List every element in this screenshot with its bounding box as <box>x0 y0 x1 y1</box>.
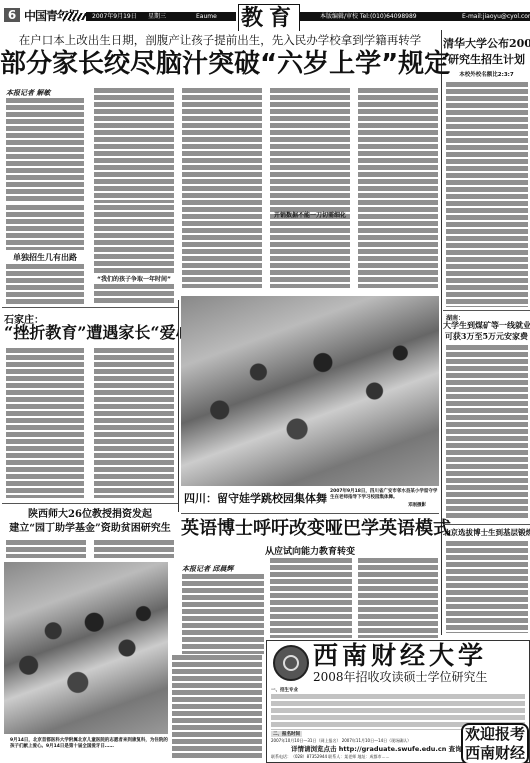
lead-subhead-4: 开销数据不能一刀切需细化 <box>270 210 350 219</box>
sichuan-photo-credit: 邓刚摄影 <box>408 502 426 510</box>
ad-contact: 联系电话：（028）87352944 联系人：某老师 地址：成都市…… <box>271 754 390 760</box>
bottom-left-photo-caption: 9月14日，北京首都医科大学附属北京儿童医院的志愿者来到康复科，为住院的孩子们献… <box>10 738 170 750</box>
editor-info: 本版编辑/审校 Tel:(010)64098989 <box>320 12 417 21</box>
university-seal-icon <box>273 645 309 681</box>
sidebar-story1-headline-2: 研究生招生计划 <box>443 52 530 67</box>
english-subhead: 从应试向能力教育转变 <box>181 544 439 557</box>
english-col-2 <box>270 558 352 638</box>
divider <box>443 524 530 525</box>
divider <box>2 503 178 504</box>
sidebar-story2-text <box>446 345 528 520</box>
lead-subhead-2: “我们的孩子争取一年时间” <box>94 274 174 283</box>
shaanxi-headline-2: 建立“园丁助学基金”资助贫困研究生 <box>2 522 178 536</box>
lead-col-4 <box>270 88 350 288</box>
sidebar-story3-headline: 北京选拔博士生到基层锻炼 <box>443 527 530 539</box>
divider <box>443 310 530 311</box>
lead-col-2c <box>94 284 174 304</box>
sidebar-story3-text <box>446 541 528 633</box>
english-col-3 <box>358 558 438 638</box>
decorative-hatch <box>62 13 86 20</box>
sidebar-story1-subhead: 本校外校名额比2:3:7 <box>443 70 530 78</box>
lead-headline: 部分家长绞尽脑汁突破“六岁上学”规定 <box>0 47 440 81</box>
issue-weekday: 星期三 <box>148 12 166 21</box>
english-headline: 英语博士呼吁改变哑巴学英语模式 <box>181 517 439 541</box>
sidebar-story2-headline-2: 可获3万至5万元安家费 <box>443 331 530 342</box>
ad-website-row: 详情请浏览点击 http://graduate.swufe.edu.cn 查询 <box>291 744 462 753</box>
lead-byline: 本报记者 解敏 <box>6 88 50 98</box>
ad-section-2: 二、报名时间 <box>271 731 302 737</box>
lead-col-3 <box>182 88 262 288</box>
ad-tagline: 2008年招收攻读硕士学位研究生 <box>313 670 488 684</box>
sichuan-photo-caption: 2007年9月18日，四川省广安市邻水县某小学留守学生在老师指导下学习校园集体舞… <box>330 489 438 501</box>
ad-website-link[interactable]: http://graduate.swufe.edu.cn <box>339 745 447 753</box>
ad-website-suffix: 查询 <box>449 745 462 753</box>
issue-date: 2007年9月19日 <box>92 12 137 21</box>
divider <box>178 300 179 512</box>
shaanxi-col-2 <box>94 540 174 558</box>
shijiazhuang-col-2 <box>94 348 174 498</box>
ad-website-label: 详情请浏览点击 <box>291 745 337 753</box>
lead-col-2a <box>94 88 174 203</box>
divider <box>181 513 439 514</box>
english-byline: 本报记者 邱晨辉 <box>182 564 233 574</box>
sichuan-photo-title: 四川：留守娃学跳校园集体舞 <box>184 490 327 506</box>
page-header: 6 中国青年报 2007年9月19日 星期三 Eaume 教育 本版编辑/审校 … <box>0 4 530 22</box>
shijiazhuang-col-1 <box>6 348 84 498</box>
sidebar-divider <box>441 30 442 635</box>
lead-kicker: 在户口本上改出生日期，剖腹产让孩子提前出生，先入民办学校拿到学籍再转学 <box>0 32 440 48</box>
page-number: 6 <box>4 8 20 22</box>
english-col-1 <box>182 574 264 654</box>
bottom-left-photo <box>4 562 168 734</box>
shaanxi-headline-1: 陕西师大26位教授捐资发起 <box>2 508 178 522</box>
contact-email: E-mail:jiaoyu@cyol.com.cn <box>462 12 530 21</box>
sidebar-story2-headline-1: 大学生到煤矿等一线就业 <box>443 320 530 331</box>
swufe-advertisement: 西南财经大学 2008年招收攻读硕士学位研究生 一、招生专业 二、报名时间 20… <box>266 640 530 763</box>
lead-col-5 <box>358 88 438 288</box>
lead-col-1a <box>6 98 84 203</box>
lead-col-2b <box>94 205 174 273</box>
sidebar-story1-headline-1: 清华大学公布2008年 <box>443 36 530 51</box>
divider <box>2 307 178 308</box>
bottom-left-text <box>172 655 262 760</box>
section-en: Eaume <box>196 12 217 21</box>
section-title: 教育 <box>238 4 300 31</box>
lead-subhead-1: 单独招生几有出路 <box>6 252 84 263</box>
sidebar-story1-text <box>446 82 528 307</box>
lead-col-1c <box>6 264 84 304</box>
ad-section-1: 一、招生专业 <box>271 687 298 693</box>
shaanxi-col-1 <box>6 540 86 558</box>
ad-welcome-badge: 欢迎报考西南财经大学 <box>461 723 529 763</box>
sichuan-photo <box>181 296 439 486</box>
ad-university-name: 西南财经大学 <box>313 641 487 671</box>
lead-col-1b <box>6 205 84 250</box>
